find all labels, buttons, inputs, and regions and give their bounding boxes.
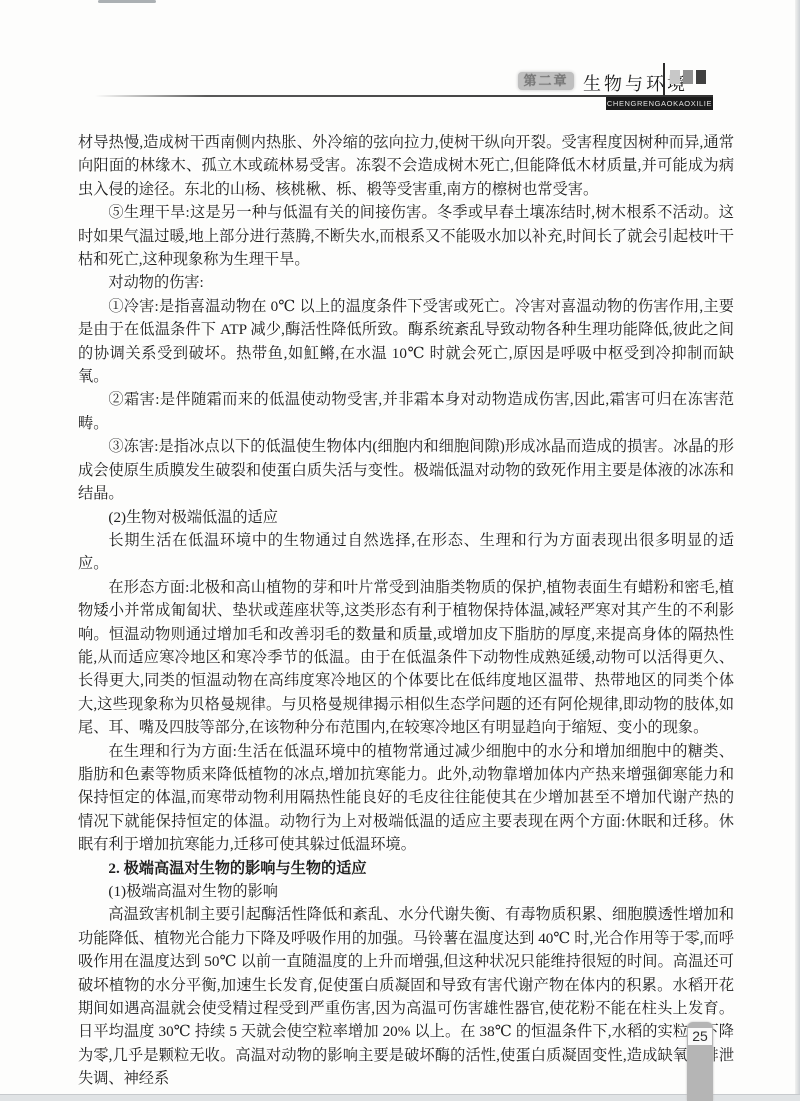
scan-edge-smudge <box>98 0 156 3</box>
page-right-edge-shadow <box>795 0 800 1101</box>
paragraph: 在形态方面:北极和高山植物的芽和叶片常受到油脂类物质的保护,植物表面生有蜡粉和密… <box>78 576 734 740</box>
paragraph: 材导热慢,造成树干西南侧内热胀、外冷缩的弦向拉力,使树干纵向开裂。受害程度因树种… <box>78 131 734 201</box>
header-deco-square-light-icon <box>670 70 680 84</box>
chapter-badge: 第二章 <box>518 72 574 90</box>
paragraph: ①冷害:是指喜温动物在 0℃ 以上的温度条件下受害或死亡。冷害对喜温动物的伤害作… <box>78 295 734 389</box>
series-label-bar: CHENGRENGAOKAOXILIE <box>606 97 713 110</box>
page-bottom-edge-shadow <box>0 1094 800 1101</box>
paragraph: 高温致害机制主要引起酶活性降低和紊乱、水分代谢失衡、有毒物质积累、细胞膜透性增加… <box>78 903 734 1090</box>
paragraph: 对动物的伤害: <box>78 271 734 294</box>
paragraph: ③冻害:是指冰点以下的低温使生物体内(细胞内和细胞间隙)形成冰晶而造成的损害。冰… <box>78 435 734 505</box>
page-body-text: 材导热慢,造成树干西南侧内热胀、外冷缩的弦向拉力,使树干纵向开裂。受害程度因树种… <box>78 131 734 1091</box>
header-deco-square-dark-icon <box>696 70 706 84</box>
header-deco-square-medium-icon <box>683 70 693 84</box>
paragraph: ⑤生理干旱:这是另一种与低温有关的间接伤害。冬季或早春土壤冻结时,树木根系不活动… <box>78 201 734 271</box>
page-number-tab: 25 <box>687 1022 713 1101</box>
header-divider-line <box>663 63 665 97</box>
paragraph: (1)极端高温对生物的影响 <box>78 880 734 903</box>
paragraph: (2)生物对极端低温的适应 <box>78 506 734 529</box>
paragraph: ②霜害:是伴随霜而来的低温使动物受害,并非霜本身对动物造成伤害,因此,霜害可归在… <box>78 388 734 435</box>
paragraph: 长期生活在低温环境中的生物通过自然选择,在形态、生理和行为方面表现出很多明显的适… <box>78 529 734 576</box>
paragraph: 在生理和行为方面:生活在低温环境中的植物常通过减少细胞中的水分和增加细胞中的糖类… <box>78 740 734 857</box>
page-number: 25 <box>688 1028 712 1045</box>
scanned-textbook-page: 第二章 生物与环境 CHENGRENGAOKAOXILIE 材导热慢,造成树干西… <box>0 0 800 1101</box>
section-heading: 2. 极端高温对生物的影响与生物的适应 <box>78 857 734 880</box>
